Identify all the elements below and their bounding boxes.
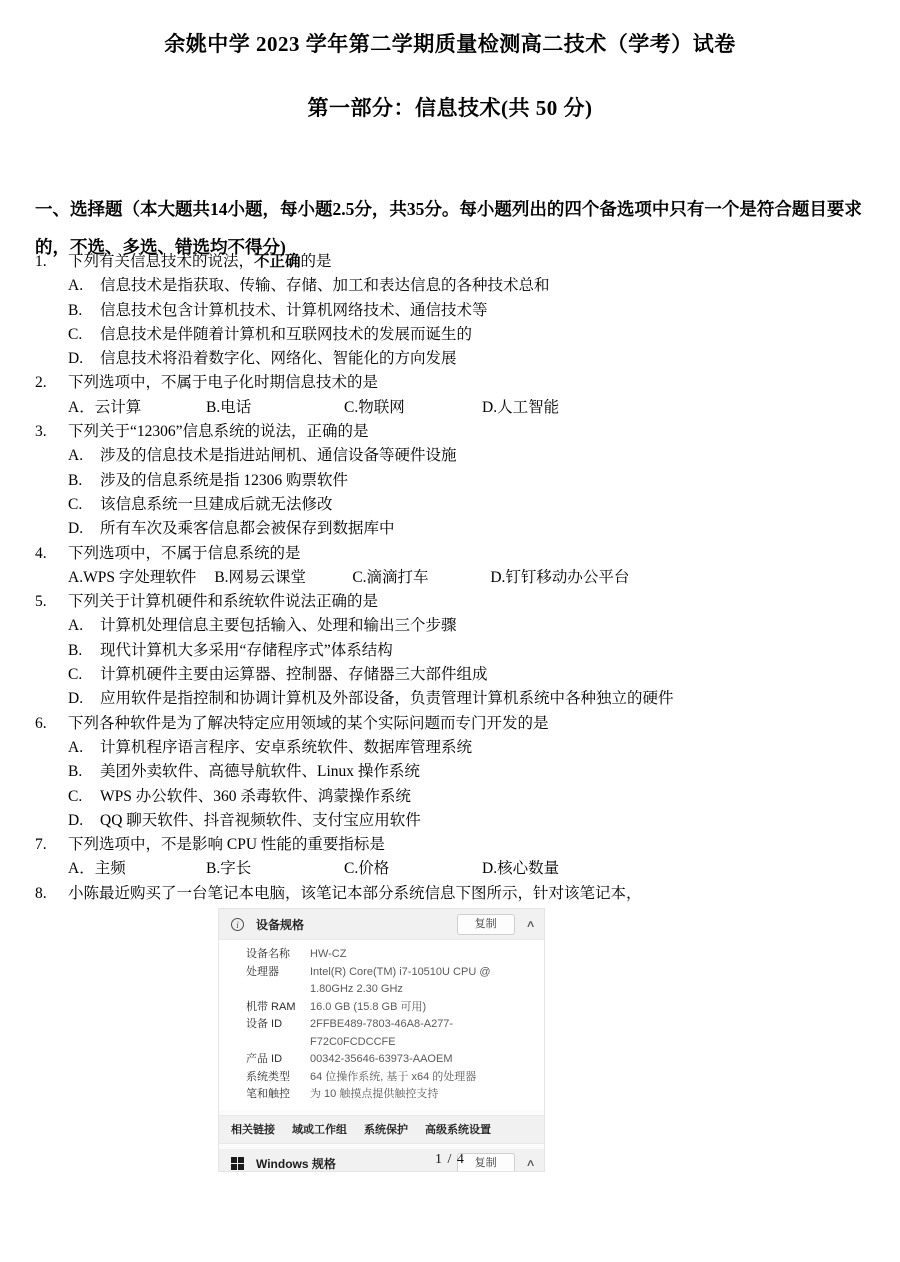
- question-list: 1.下列有关信息技术的说法，不正确的是A.信息技术是指获取、传输、存储、加工和表…: [35, 250, 880, 906]
- question-number: 6.: [35, 712, 68, 736]
- options-block: A.信息技术是指获取、传输、存储、加工和表达信息的各种技术总和B.信息技术包含计…: [35, 274, 880, 371]
- option-item: C.WPS 办公软件、360 杀毒软件、鸿蒙操作系统: [68, 785, 880, 809]
- question-stem-row: 5.下列关于计算机硬件和系统软件说法正确的是: [35, 590, 880, 614]
- question-item: 2.下列选项中，不属于电子化时期信息技术的是A．云计算B.电话C.物联网D.人工…: [35, 371, 880, 420]
- question-stem-row: 8.小陈最近购买了一台笔记本电脑，该笔记本部分系统信息下图所示，针对该笔记本，: [35, 882, 880, 906]
- question-stem: 下列选项中，不属于电子化时期信息技术的是: [68, 371, 880, 395]
- option-item: A.计算机程序语言程序、安卓系统软件、数据库管理系统: [68, 736, 880, 760]
- spec-row: 系统类型64 位操作系统, 基于 x64 的处理器: [246, 1069, 536, 1087]
- option-text: 涉及的信息技术是指进站闸机、通信设备等硬件设施: [100, 444, 880, 468]
- option-text: 信息技术将沿着数字化、网络化、智能化的方向发展: [100, 347, 880, 371]
- question-number: 4.: [35, 542, 68, 566]
- option-letter: D.: [68, 517, 100, 541]
- option-item: D.所有车次及乘客信息都会被保存到数据库中: [68, 517, 880, 541]
- system-info-screenshot: i 设备规格 复制 ∧ 设备名称HW-CZ处理器Intel(R) Core(TM…: [218, 908, 545, 1172]
- question-stem: 下列选项中，不属于信息系统的是: [68, 542, 880, 566]
- question-stem: 下列有关信息技术的说法，不正确的是: [68, 250, 880, 274]
- question-stem-row: 6.下列各种软件是为了解决特定应用领域的某个实际问题而专门开发的是: [35, 712, 880, 736]
- question-stem: 下列选项中，不是影响 CPU 性能的重要指标是: [68, 833, 880, 857]
- option-item: B.现代计算机大多采用“存储程序式”体系结构: [68, 639, 880, 663]
- question-stem: 小陈最近购买了一台笔记本电脑，该笔记本部分系统信息下图所示，针对该笔记本，: [68, 882, 880, 906]
- option-letter: D.: [68, 809, 100, 833]
- link-item: 域或工作组: [292, 1121, 347, 1137]
- question-item: 8.小陈最近购买了一台笔记本电脑，该笔记本部分系统信息下图所示，针对该笔记本，: [35, 882, 880, 906]
- page-number: 1 / 4: [0, 1152, 900, 1168]
- option-item: D.QQ 聊天软件、抖音视频软件、支付宝应用软件: [68, 809, 880, 833]
- option-text: 信息技术包含计算机技术、计算机网络技术、通信技术等: [100, 299, 880, 323]
- option-item: C.物联网: [344, 396, 464, 420]
- spec-value: HW-CZ: [310, 946, 534, 964]
- question-item: 3.下列关于“12306”信息系统的说法，正确的是A.涉及的信息技术是指进站闸机…: [35, 420, 880, 541]
- device-spec-header: i 设备规格 复制 ∧: [219, 909, 544, 940]
- spec-value: 16.0 GB (15.8 GB 可用): [310, 999, 534, 1017]
- option-item: D.应用软件是指控制和协调计算机及外部设备，负责管理计算机系统中各种独立的硬件: [68, 687, 880, 711]
- exam-title: 余姚中学 2023 学年第二学期质量检测高二技术（学考）试卷: [0, 28, 900, 58]
- question-stem-row: 7.下列选项中，不是影响 CPU 性能的重要指标是: [35, 833, 880, 857]
- option-item: A．主频: [68, 857, 188, 881]
- question-number: 2.: [35, 371, 68, 395]
- spec-row: 产品 ID00342-35646-63973-AAOEM: [246, 1051, 536, 1069]
- question-stem-row: 4.下列选项中，不属于信息系统的是: [35, 542, 880, 566]
- spec-label: 产品 ID: [246, 1051, 310, 1069]
- option-text: 该信息系统一旦建成后就无法修改: [100, 493, 880, 517]
- option-item: A．云计算: [68, 396, 188, 420]
- option-letter: C.: [68, 785, 100, 809]
- option-letter: A.: [68, 274, 100, 298]
- question-number: 3.: [35, 420, 68, 444]
- option-letter: B.: [68, 639, 100, 663]
- question-stem-row: 1.下列有关信息技术的说法，不正确的是: [35, 250, 880, 274]
- option-letter: B.: [68, 299, 100, 323]
- option-item: A.计算机处理信息主要包括输入、处理和输出三个步骤: [68, 614, 880, 638]
- spec-row: 机带 RAM16.0 GB (15.8 GB 可用): [246, 999, 536, 1017]
- question-number: 1.: [35, 250, 68, 274]
- option-item: B.美团外卖软件、高德导航软件、Linux 操作系统: [68, 760, 880, 784]
- exam-page: 余姚中学 2023 学年第二学期质量检测高二技术（学考）试卷 第一部分：信息技术…: [0, 0, 900, 1262]
- options-block: A.计算机程序语言程序、安卓系统软件、数据库管理系统B.美团外卖软件、高德导航软…: [35, 736, 880, 833]
- spec-row: 笔和触控为 10 触摸点提供触控支持: [246, 1086, 536, 1104]
- option-text: 应用软件是指控制和协调计算机及外部设备，负责管理计算机系统中各种独立的硬件: [100, 687, 880, 711]
- option-item: B.电话: [206, 396, 326, 420]
- option-text: 计算机程序语言程序、安卓系统软件、数据库管理系统: [100, 736, 880, 760]
- option-text: QQ 聊天软件、抖音视频软件、支付宝应用软件: [100, 809, 880, 833]
- question-number: 5.: [35, 590, 68, 614]
- option-item: A.涉及的信息技术是指进站闸机、通信设备等硬件设施: [68, 444, 880, 468]
- device-spec-title: 设备规格: [256, 916, 304, 933]
- spec-value: Intel(R) Core(TM) i7-10510U CPU @ 1.80GH…: [310, 964, 534, 999]
- device-spec-body: 设备名称HW-CZ处理器Intel(R) Core(TM) i7-10510U …: [219, 940, 544, 1110]
- option-item: D.信息技术将沿着数字化、网络化、智能化的方向发展: [68, 347, 880, 371]
- option-letter: C.: [68, 663, 100, 687]
- options-inline: A.WPS 字处理软件B.网易云课堂C.滴滴打车D.钉钉移动办公平台: [35, 566, 880, 590]
- option-text: 信息技术是指获取、传输、存储、加工和表达信息的各种技术总和: [100, 274, 880, 298]
- option-text: 美团外卖软件、高德导航软件、Linux 操作系统: [100, 760, 880, 784]
- spec-label: 设备 ID: [246, 1016, 310, 1051]
- spec-row: 处理器Intel(R) Core(TM) i7-10510U CPU @ 1.8…: [246, 964, 536, 999]
- spec-row: 设备 ID2FFBE489-7803-46A8-A277-F72C0FCDCCF…: [246, 1016, 536, 1051]
- option-text: 所有车次及乘客信息都会被保存到数据库中: [100, 517, 880, 541]
- info-icon: i: [231, 918, 244, 931]
- spec-value: 2FFBE489-7803-46A8-A277-F72C0FCDCCFE: [310, 1016, 534, 1051]
- option-letter: C.: [68, 323, 100, 347]
- related-links-row: 相关链接域或工作组系统保护高级系统设置: [219, 1115, 544, 1144]
- option-item: B.涉及的信息系统是指 12306 购票软件: [68, 469, 880, 493]
- option-text: 计算机硬件主要由运算器、控制器、存储器三大部件组成: [100, 663, 880, 687]
- option-item: D.核心数量: [482, 857, 602, 881]
- link-item: 系统保护: [364, 1121, 408, 1137]
- option-text: 涉及的信息系统是指 12306 购票软件: [100, 469, 880, 493]
- option-text: 现代计算机大多采用“存储程序式”体系结构: [100, 639, 880, 663]
- spec-value: 64 位操作系统, 基于 x64 的处理器: [310, 1069, 534, 1087]
- options-block: A.涉及的信息技术是指进站闸机、通信设备等硬件设施B.涉及的信息系统是指 123…: [35, 444, 880, 541]
- question-item: 5.下列关于计算机硬件和系统软件说法正确的是A.计算机处理信息主要包括输入、处理…: [35, 590, 880, 711]
- question-item: 7.下列选项中，不是影响 CPU 性能的重要指标是A．主频B.字长C.价格D.核…: [35, 833, 880, 882]
- option-item: C.计算机硬件主要由运算器、控制器、存储器三大部件组成: [68, 663, 880, 687]
- options-inline: A．云计算B.电话C.物联网D.人工智能: [35, 396, 880, 420]
- question-item: 6.下列各种软件是为了解决特定应用领域的某个实际问题而专门开发的是A.计算机程序…: [35, 712, 880, 833]
- question-number: 7.: [35, 833, 68, 857]
- spec-value: 为 10 触摸点提供触控支持: [310, 1086, 534, 1104]
- copy-button: 复制: [457, 914, 515, 935]
- option-letter: A.: [68, 444, 100, 468]
- options-inline: A．主频B.字长C.价格D.核心数量: [35, 857, 880, 881]
- link-item: 相关链接: [231, 1121, 275, 1137]
- part-heading: 第一部分：信息技术(共 50 分): [0, 92, 900, 122]
- question-stem-row: 3.下列关于“12306”信息系统的说法，正确的是: [35, 420, 880, 444]
- option-letter: B.: [68, 760, 100, 784]
- option-letter: A.: [68, 614, 100, 638]
- option-item: C.该信息系统一旦建成后就无法修改: [68, 493, 880, 517]
- options-block: A.计算机处理信息主要包括输入、处理和输出三个步骤B.现代计算机大多采用“存储程…: [35, 614, 880, 711]
- question-item: 4.下列选项中，不属于信息系统的是A.WPS 字处理软件B.网易云课堂C.滴滴打…: [35, 542, 880, 591]
- option-item: C.滴滴打车: [352, 566, 472, 590]
- option-item: B.字长: [206, 857, 326, 881]
- option-item: A.WPS 字处理软件: [68, 566, 196, 590]
- question-stem: 下列关于“12306”信息系统的说法，正确的是: [68, 420, 880, 444]
- option-text: WPS 办公软件、360 杀毒软件、鸿蒙操作系统: [100, 785, 880, 809]
- chevron-up-icon: ∧: [525, 919, 535, 930]
- option-item: B.信息技术包含计算机技术、计算机网络技术、通信技术等: [68, 299, 880, 323]
- option-text: 信息技术是伴随着计算机和互联网技术的发展而诞生的: [100, 323, 880, 347]
- option-item: C.价格: [344, 857, 464, 881]
- question-stem-row: 2.下列选项中，不属于电子化时期信息技术的是: [35, 371, 880, 395]
- option-letter: C.: [68, 493, 100, 517]
- spec-value: 00342-35646-63973-AAOEM: [310, 1051, 534, 1069]
- option-item: D.钉钉移动办公平台: [490, 566, 629, 590]
- option-letter: D.: [68, 347, 100, 371]
- question-item: 1.下列有关信息技术的说法，不正确的是A.信息技术是指获取、传输、存储、加工和表…: [35, 250, 880, 371]
- spec-label: 设备名称: [246, 946, 310, 964]
- link-item: 高级系统设置: [425, 1121, 491, 1137]
- spec-row: 设备名称HW-CZ: [246, 946, 536, 964]
- spec-label: 处理器: [246, 964, 310, 999]
- question-number: 8.: [35, 882, 68, 906]
- question-stem: 下列各种软件是为了解决特定应用领域的某个实际问题而专门开发的是: [68, 712, 880, 736]
- spec-label: 机带 RAM: [246, 999, 310, 1017]
- option-letter: A.: [68, 736, 100, 760]
- option-text: 计算机处理信息主要包括输入、处理和输出三个步骤: [100, 614, 880, 638]
- option-item: B.网易云课堂: [214, 566, 334, 590]
- spec-label: 系统类型: [246, 1069, 310, 1087]
- spec-label: 笔和触控: [246, 1086, 310, 1104]
- option-item: C.信息技术是伴随着计算机和互联网技术的发展而诞生的: [68, 323, 880, 347]
- option-item: A.信息技术是指获取、传输、存储、加工和表达信息的各种技术总和: [68, 274, 880, 298]
- question-stem: 下列关于计算机硬件和系统软件说法正确的是: [68, 590, 880, 614]
- option-letter: B.: [68, 469, 100, 493]
- option-item: D.人工智能: [482, 396, 602, 420]
- option-letter: D.: [68, 687, 100, 711]
